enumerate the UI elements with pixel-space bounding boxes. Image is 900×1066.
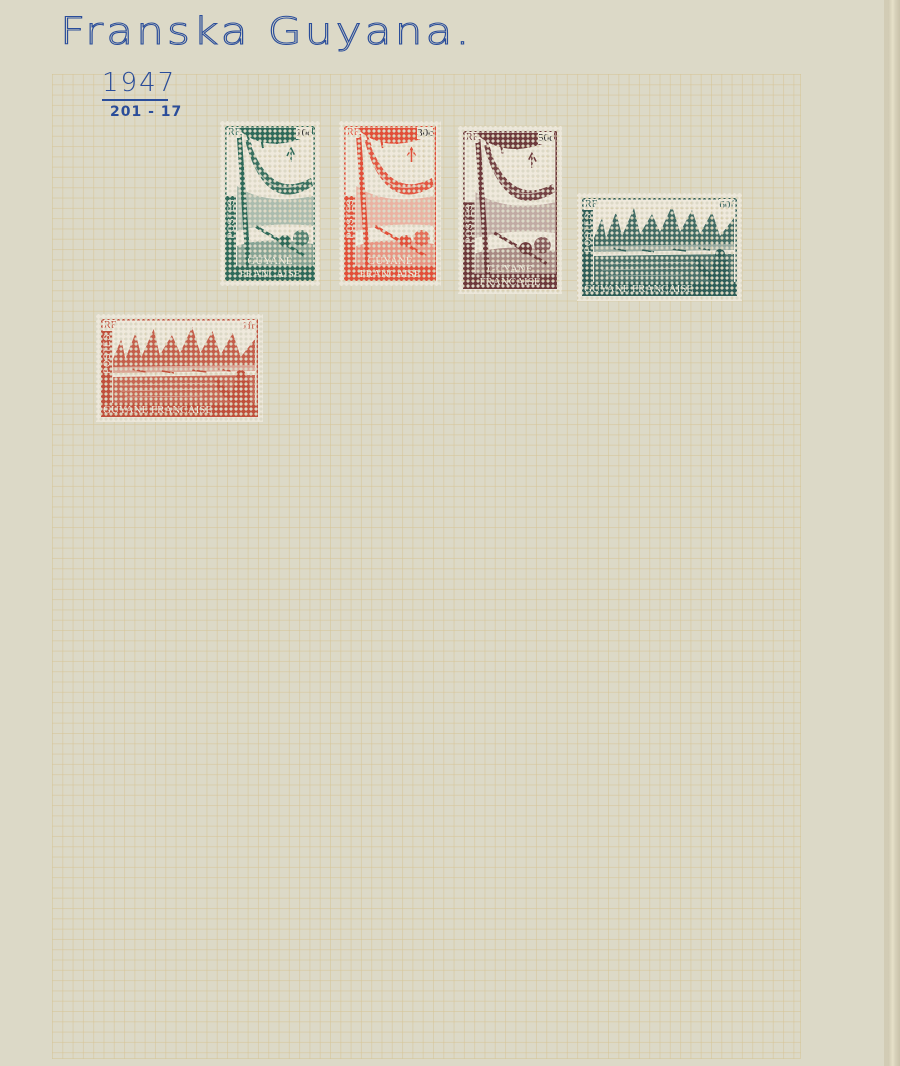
year-underline [102, 99, 168, 101]
postes-label: POSTES [583, 212, 593, 254]
catalog-range: 201 - 17 [110, 104, 182, 120]
country-label: GUYANE FRANCAISE [225, 255, 315, 281]
page-title: Franska Guyana. [60, 10, 472, 53]
rf-monogram: RF [347, 127, 359, 138]
rf-monogram: RF [228, 127, 240, 138]
album-spine [888, 0, 900, 1066]
stamp-30c: RF30cPOSTESGUYANE FRANCAISE [339, 121, 441, 286]
postes-label: POSTES [345, 198, 355, 240]
stamp-50c: RF50cPOSTESGUYANE FRANCAISE [458, 126, 562, 294]
stamp-image: RF60fPOSTESGUYANE FRANCAISE [582, 198, 737, 296]
stamp-value: 50c [538, 132, 554, 144]
stamp-1fr: RF1frPOSTESGUYANE FRANCAISE [96, 314, 263, 422]
postes-label: POSTES [226, 198, 236, 240]
stamp-value: 1fr [242, 320, 255, 332]
stamp-image: RF10cPOSTESGUYANE FRANCAISE [225, 126, 315, 281]
country-label: GUYANE FRANCAISE [463, 263, 557, 289]
postes-label: POSTES [464, 203, 474, 245]
stamp-image: RF30cPOSTESGUYANE FRANCAISE [344, 126, 436, 281]
rf-monogram: RF [585, 199, 597, 210]
country-label: GUYANE FRANCAISE [344, 255, 436, 281]
postes-label: POSTES [102, 333, 112, 375]
album-page: Franska Guyana. 1947 201 - 17 RF10cPOSTE… [0, 0, 890, 1066]
rf-monogram: RF [466, 132, 478, 143]
stamp-60f: RF60fPOSTESGUYANE FRANCAISE [577, 193, 742, 301]
stamp-image: RF50cPOSTESGUYANE FRANCAISE [463, 131, 557, 289]
year-label: 1947 [102, 68, 176, 98]
stamp-10c: RF10cPOSTESGUYANE FRANCAISE [220, 121, 320, 286]
stamp-value: 30c [417, 127, 433, 139]
stamp-value: 60f [719, 199, 734, 211]
rf-monogram: RF [104, 320, 116, 331]
stamp-value: 10c [296, 127, 312, 139]
country-label: GUYANE FRANCAISE [582, 283, 737, 296]
country-label: GUYANE FRANCAISE [101, 404, 258, 417]
stamp-image: RF1frPOSTESGUYANE FRANCAISE [101, 319, 258, 417]
